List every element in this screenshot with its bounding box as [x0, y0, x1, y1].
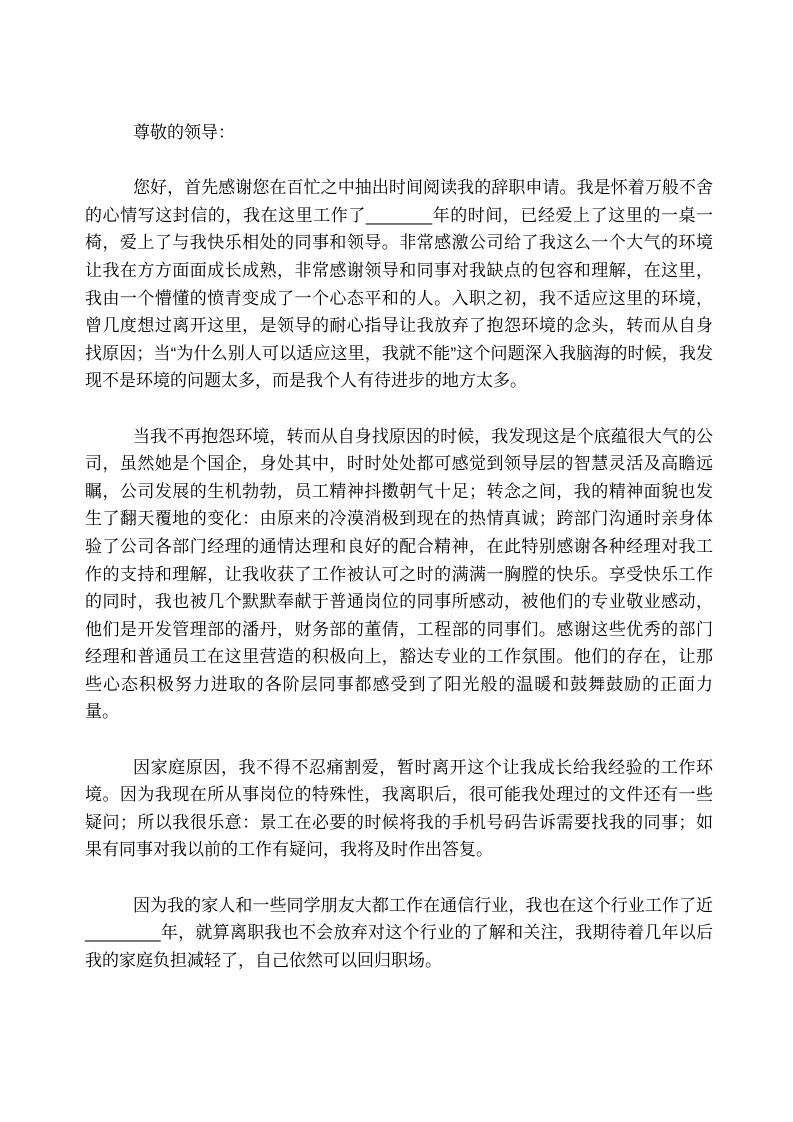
letter-paragraph-reason: 因家庭原因，我不得不忍痛割爱，暂时离开这个让我成长给我经验的工作环境。因为我现在… [85, 754, 713, 864]
letter-salutation: 尊敬的领导： [85, 119, 713, 147]
letter-paragraph-company-praise: 当我不再抱怨环境，转而从自身找原因的时候，我发现这是个底蕴很大气的公司，虽然她是… [85, 423, 713, 727]
document-page: 尊敬的领导： 您好，首先感谢您在百忙之中抽出时间阅读我的辞职申请。我是怀着万般不… [0, 0, 793, 1122]
letter-body: 尊敬的领导： 您好，首先感谢您在百忙之中抽出时间阅读我的辞职申请。我是怀着万般不… [85, 119, 713, 1002]
letter-paragraph-intro: 您好，首先感谢您在百忙之中抽出时间阅读我的辞职申请。我是怀着万般不舍的心情写这封… [85, 174, 713, 395]
letter-paragraph-industry: 因为我的家人和一些同学朋友大都工作在通信行业，我也在这个行业工作了近______… [85, 892, 713, 975]
